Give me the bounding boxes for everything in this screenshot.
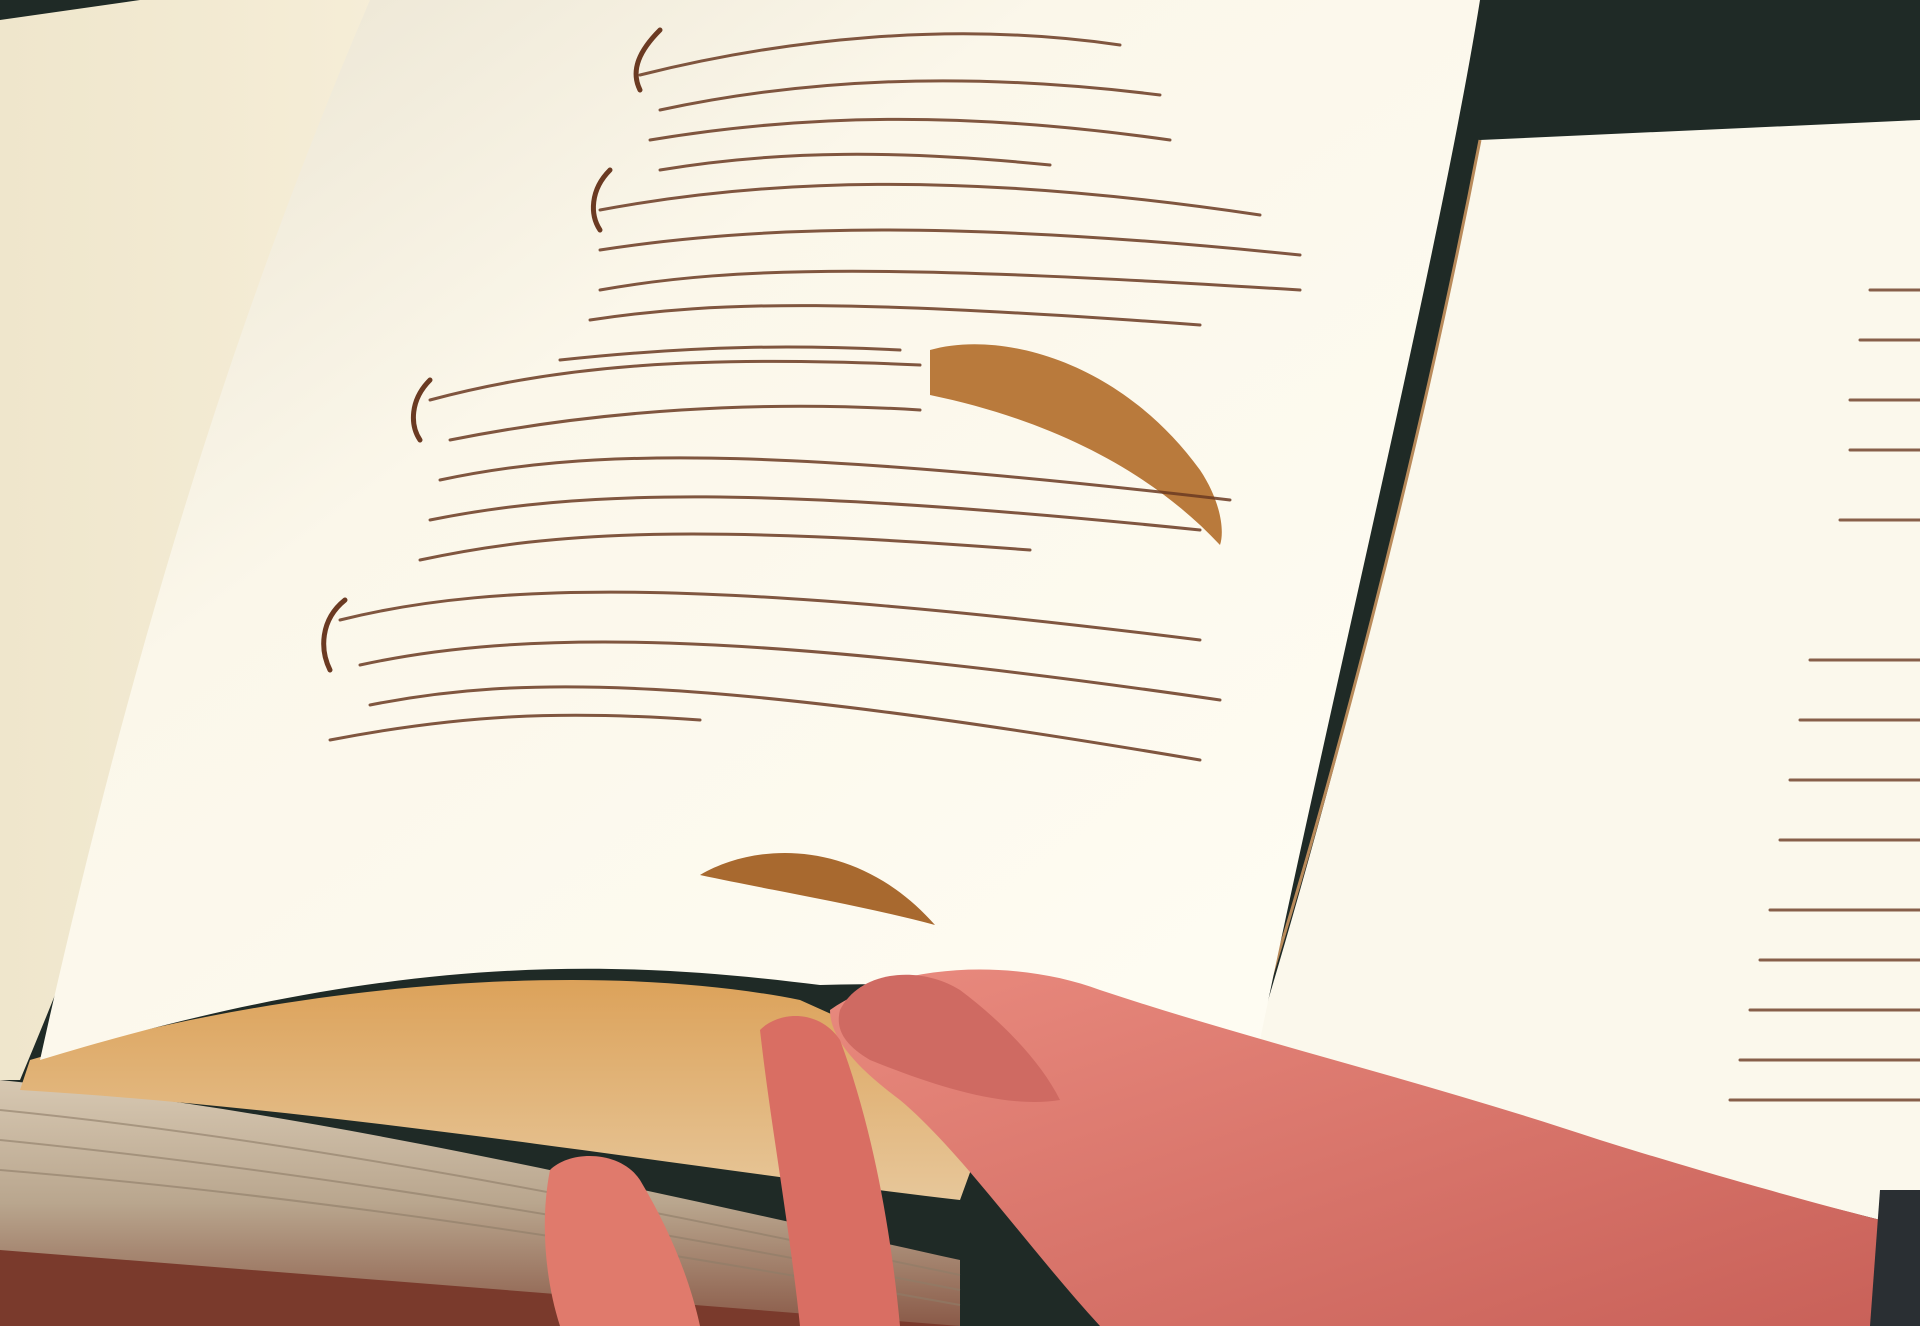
manuscript-photo: Hand turning a page of a medieval manusc… xyxy=(0,0,1920,1326)
photo-illustration xyxy=(0,0,1920,1326)
